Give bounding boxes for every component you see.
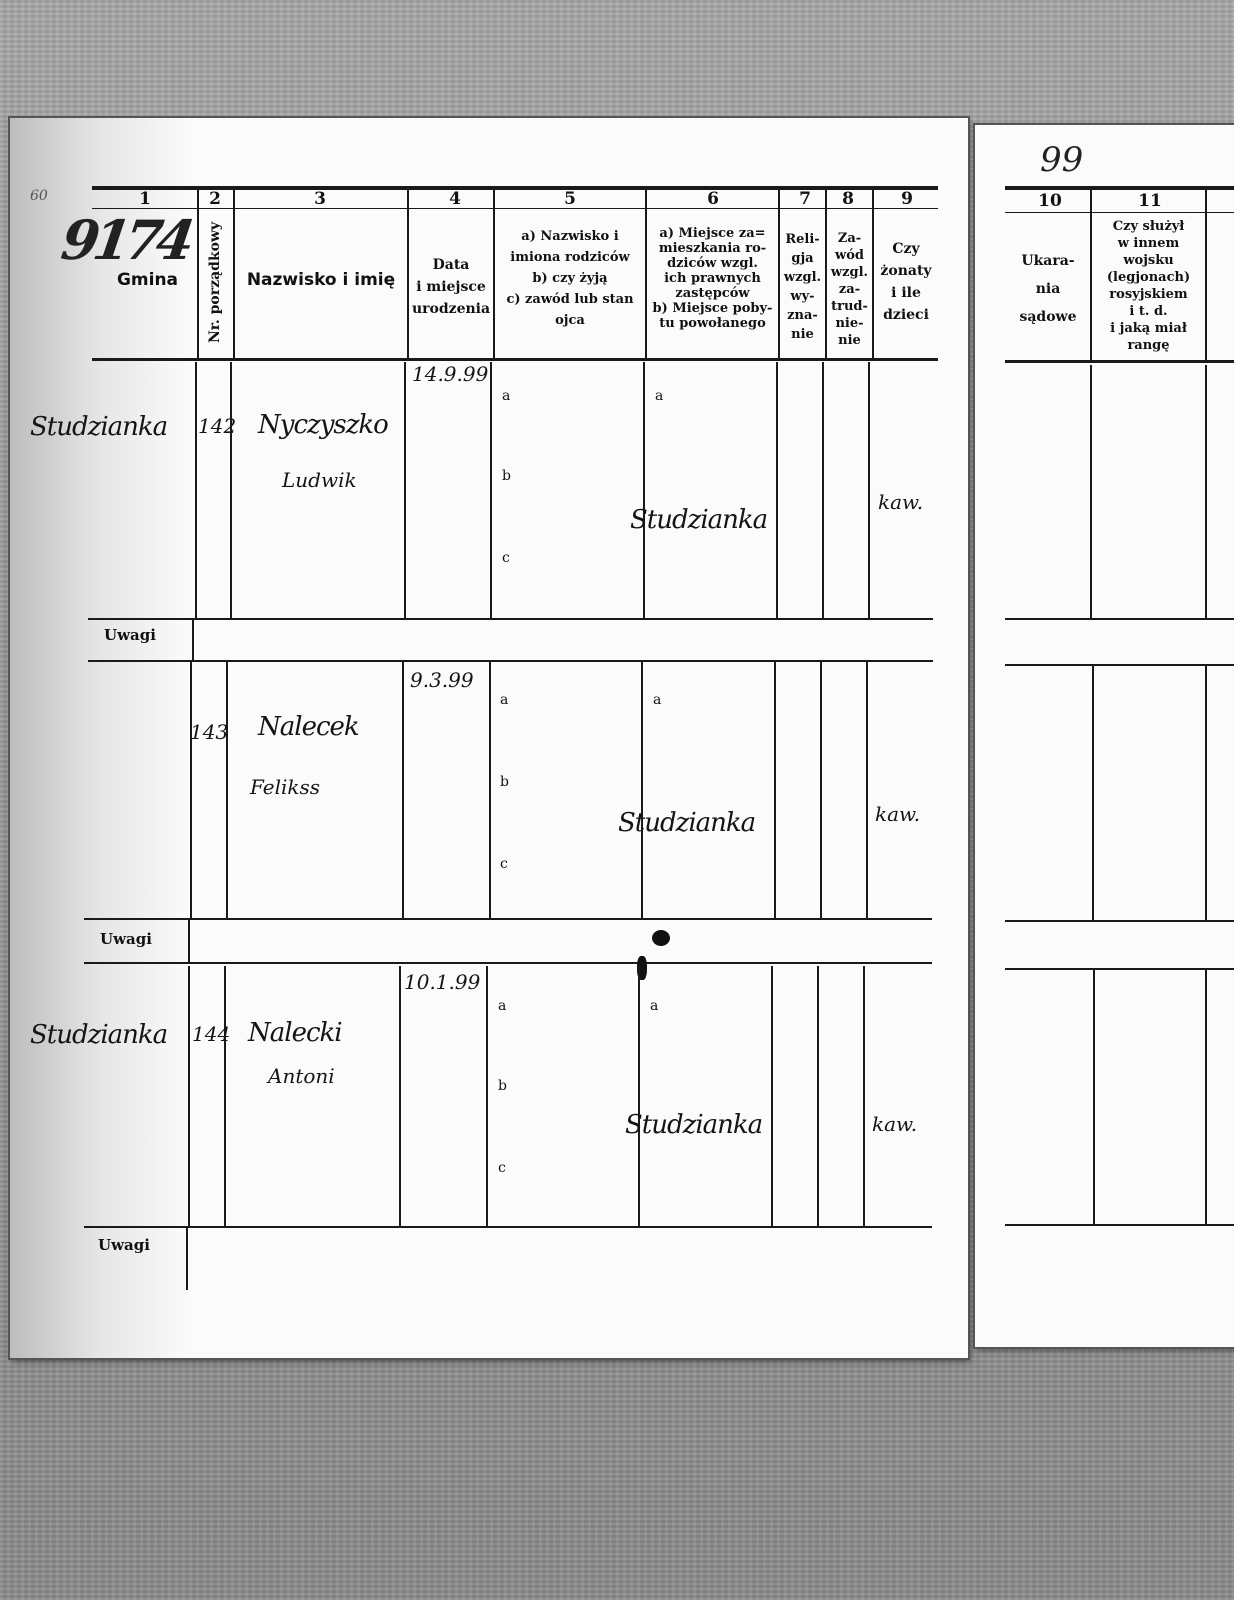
label-a: a — [655, 388, 663, 404]
row-divider — [1090, 365, 1092, 619]
row-rule — [88, 618, 933, 620]
row-divider — [190, 662, 192, 918]
row-divider — [195, 362, 197, 618]
header-data-urodzenia: Data i miejsce urodzenia — [409, 254, 493, 320]
label-b: b — [498, 1078, 507, 1094]
entry-first-name: Felikss — [250, 775, 320, 799]
header-top-rule — [1005, 186, 1234, 190]
row-divider — [404, 362, 406, 618]
header-nr-porzadkowy: Nr. porządkowy — [207, 223, 223, 343]
uwagi-label: Uwagi — [100, 930, 152, 948]
page-number: 99 — [1040, 140, 1083, 180]
col-number-11: 11 — [1130, 191, 1170, 211]
label-b: b — [500, 774, 509, 790]
col-number-9: 9 — [892, 189, 922, 209]
header-divider — [197, 188, 199, 360]
col-number-7: 7 — [790, 189, 820, 209]
row-divider — [486, 966, 488, 1226]
row-divider — [1093, 970, 1095, 1224]
entry-gmina: Studzianka — [30, 412, 167, 442]
uwagi-divider — [186, 1228, 188, 1290]
row-divider — [641, 662, 643, 918]
entry-nr: 143 — [190, 720, 228, 744]
row-divider — [1205, 666, 1207, 920]
col-number-1: 1 — [130, 189, 160, 209]
label-c: c — [498, 1160, 506, 1176]
entry-nr: 142 — [198, 414, 236, 438]
header-number-rule — [1005, 212, 1234, 213]
entry-nr: 144 — [192, 1022, 230, 1046]
header-nazwisko-imie: Nazwisko i imię — [236, 273, 406, 288]
col-number-6: 6 — [698, 189, 728, 209]
row-divider — [643, 362, 645, 618]
row-divider — [863, 966, 865, 1226]
row-divider — [399, 966, 401, 1226]
row-rule — [88, 660, 933, 662]
header-ukarania-sadowe: Ukara- nia sądowe — [1006, 247, 1090, 331]
col-number-4: 4 — [440, 189, 470, 209]
row-divider — [489, 662, 491, 918]
row-rule — [84, 918, 932, 920]
entry-birth-date: 10.1.99 — [404, 970, 480, 994]
entry-birth-date: 14.9.99 — [412, 362, 488, 386]
entry-surname: Nalecek — [258, 712, 359, 742]
uwagi-divider — [192, 620, 194, 662]
col-number-2: 2 — [200, 189, 230, 209]
header-zawod: Za- wód wzgl. za- trud- nie- nie — [827, 230, 872, 349]
row-rule — [84, 962, 932, 964]
row-divider — [490, 362, 492, 618]
uwagi-divider — [188, 920, 190, 964]
row-rule — [1005, 664, 1234, 666]
archive-stamp-number: 9174 — [58, 208, 193, 272]
row-rule — [84, 1226, 932, 1228]
row-rule — [1005, 618, 1234, 620]
header-divider — [1205, 188, 1207, 363]
entry-surname: Nyczyszko — [258, 410, 388, 440]
entry-first-name: Ludwik — [282, 468, 357, 492]
row-divider — [1205, 365, 1207, 619]
header-czy-sluzyl: Czy służył w innem wojsku (legjonach) ro… — [1092, 218, 1205, 354]
col-number-3: 3 — [305, 189, 335, 209]
row-divider — [638, 966, 640, 1226]
label-a: a — [650, 998, 658, 1014]
entry-married: kaw. — [878, 490, 923, 514]
row-divider — [866, 662, 868, 918]
uwagi-label: Uwagi — [104, 626, 156, 644]
row-rule — [1005, 920, 1234, 922]
row-divider — [402, 662, 404, 918]
entry-married: kaw. — [875, 802, 920, 826]
header-divider — [233, 188, 235, 360]
entry-first-name: Antoni — [268, 1064, 335, 1088]
margin-note: 60 — [30, 188, 48, 204]
row-divider — [776, 362, 778, 618]
row-rule — [1005, 968, 1234, 970]
label-a: a — [653, 692, 661, 708]
label-a: a — [498, 998, 506, 1014]
entry-residence: Studzianka — [625, 1110, 762, 1140]
row-divider — [817, 966, 819, 1226]
uwagi-label: Uwagi — [98, 1236, 150, 1254]
row-divider — [822, 362, 824, 618]
col-number-5: 5 — [555, 189, 585, 209]
row-rule — [1005, 1224, 1234, 1226]
entry-birth-date: 9.3.99 — [410, 668, 474, 692]
ink-blot — [652, 930, 670, 946]
row-divider — [771, 966, 773, 1226]
header-miejsce-zamieszkania: a) Miejsce za= mieszkania ro- dziców wzg… — [647, 226, 778, 331]
label-a: a — [500, 692, 508, 708]
row-divider — [868, 362, 870, 618]
header-czy-zonaty: Czy żonaty i ile dzieci — [874, 238, 938, 326]
label-a: a — [502, 388, 510, 404]
header-bottom-rule — [92, 358, 938, 361]
header-rodzice: a) Nazwisko i imiona rodziców b) czy żyj… — [495, 226, 645, 331]
row-divider — [1092, 666, 1094, 920]
entry-gmina: Studzianka — [30, 1020, 167, 1050]
row-divider — [188, 966, 190, 1226]
entry-surname: Nalecki — [248, 1018, 342, 1048]
label-c: c — [500, 856, 508, 872]
header-religja: Reli- gja wzgl. wy- zna- nie — [780, 230, 825, 344]
row-divider — [224, 966, 226, 1226]
row-divider — [230, 362, 232, 618]
row-divider — [820, 662, 822, 918]
label-b: b — [502, 468, 511, 484]
entry-married: kaw. — [872, 1112, 917, 1136]
header-gmina: Gmina — [100, 273, 195, 288]
row-divider — [226, 662, 228, 918]
col-number-8: 8 — [833, 189, 863, 209]
col-number-10: 10 — [1030, 191, 1070, 211]
entry-residence: Studzianka — [630, 505, 767, 535]
row-divider — [1205, 970, 1207, 1224]
label-c: c — [502, 550, 510, 566]
entry-residence: Studzianka — [618, 808, 755, 838]
row-divider — [774, 662, 776, 918]
header-bottom-rule — [1005, 360, 1234, 363]
